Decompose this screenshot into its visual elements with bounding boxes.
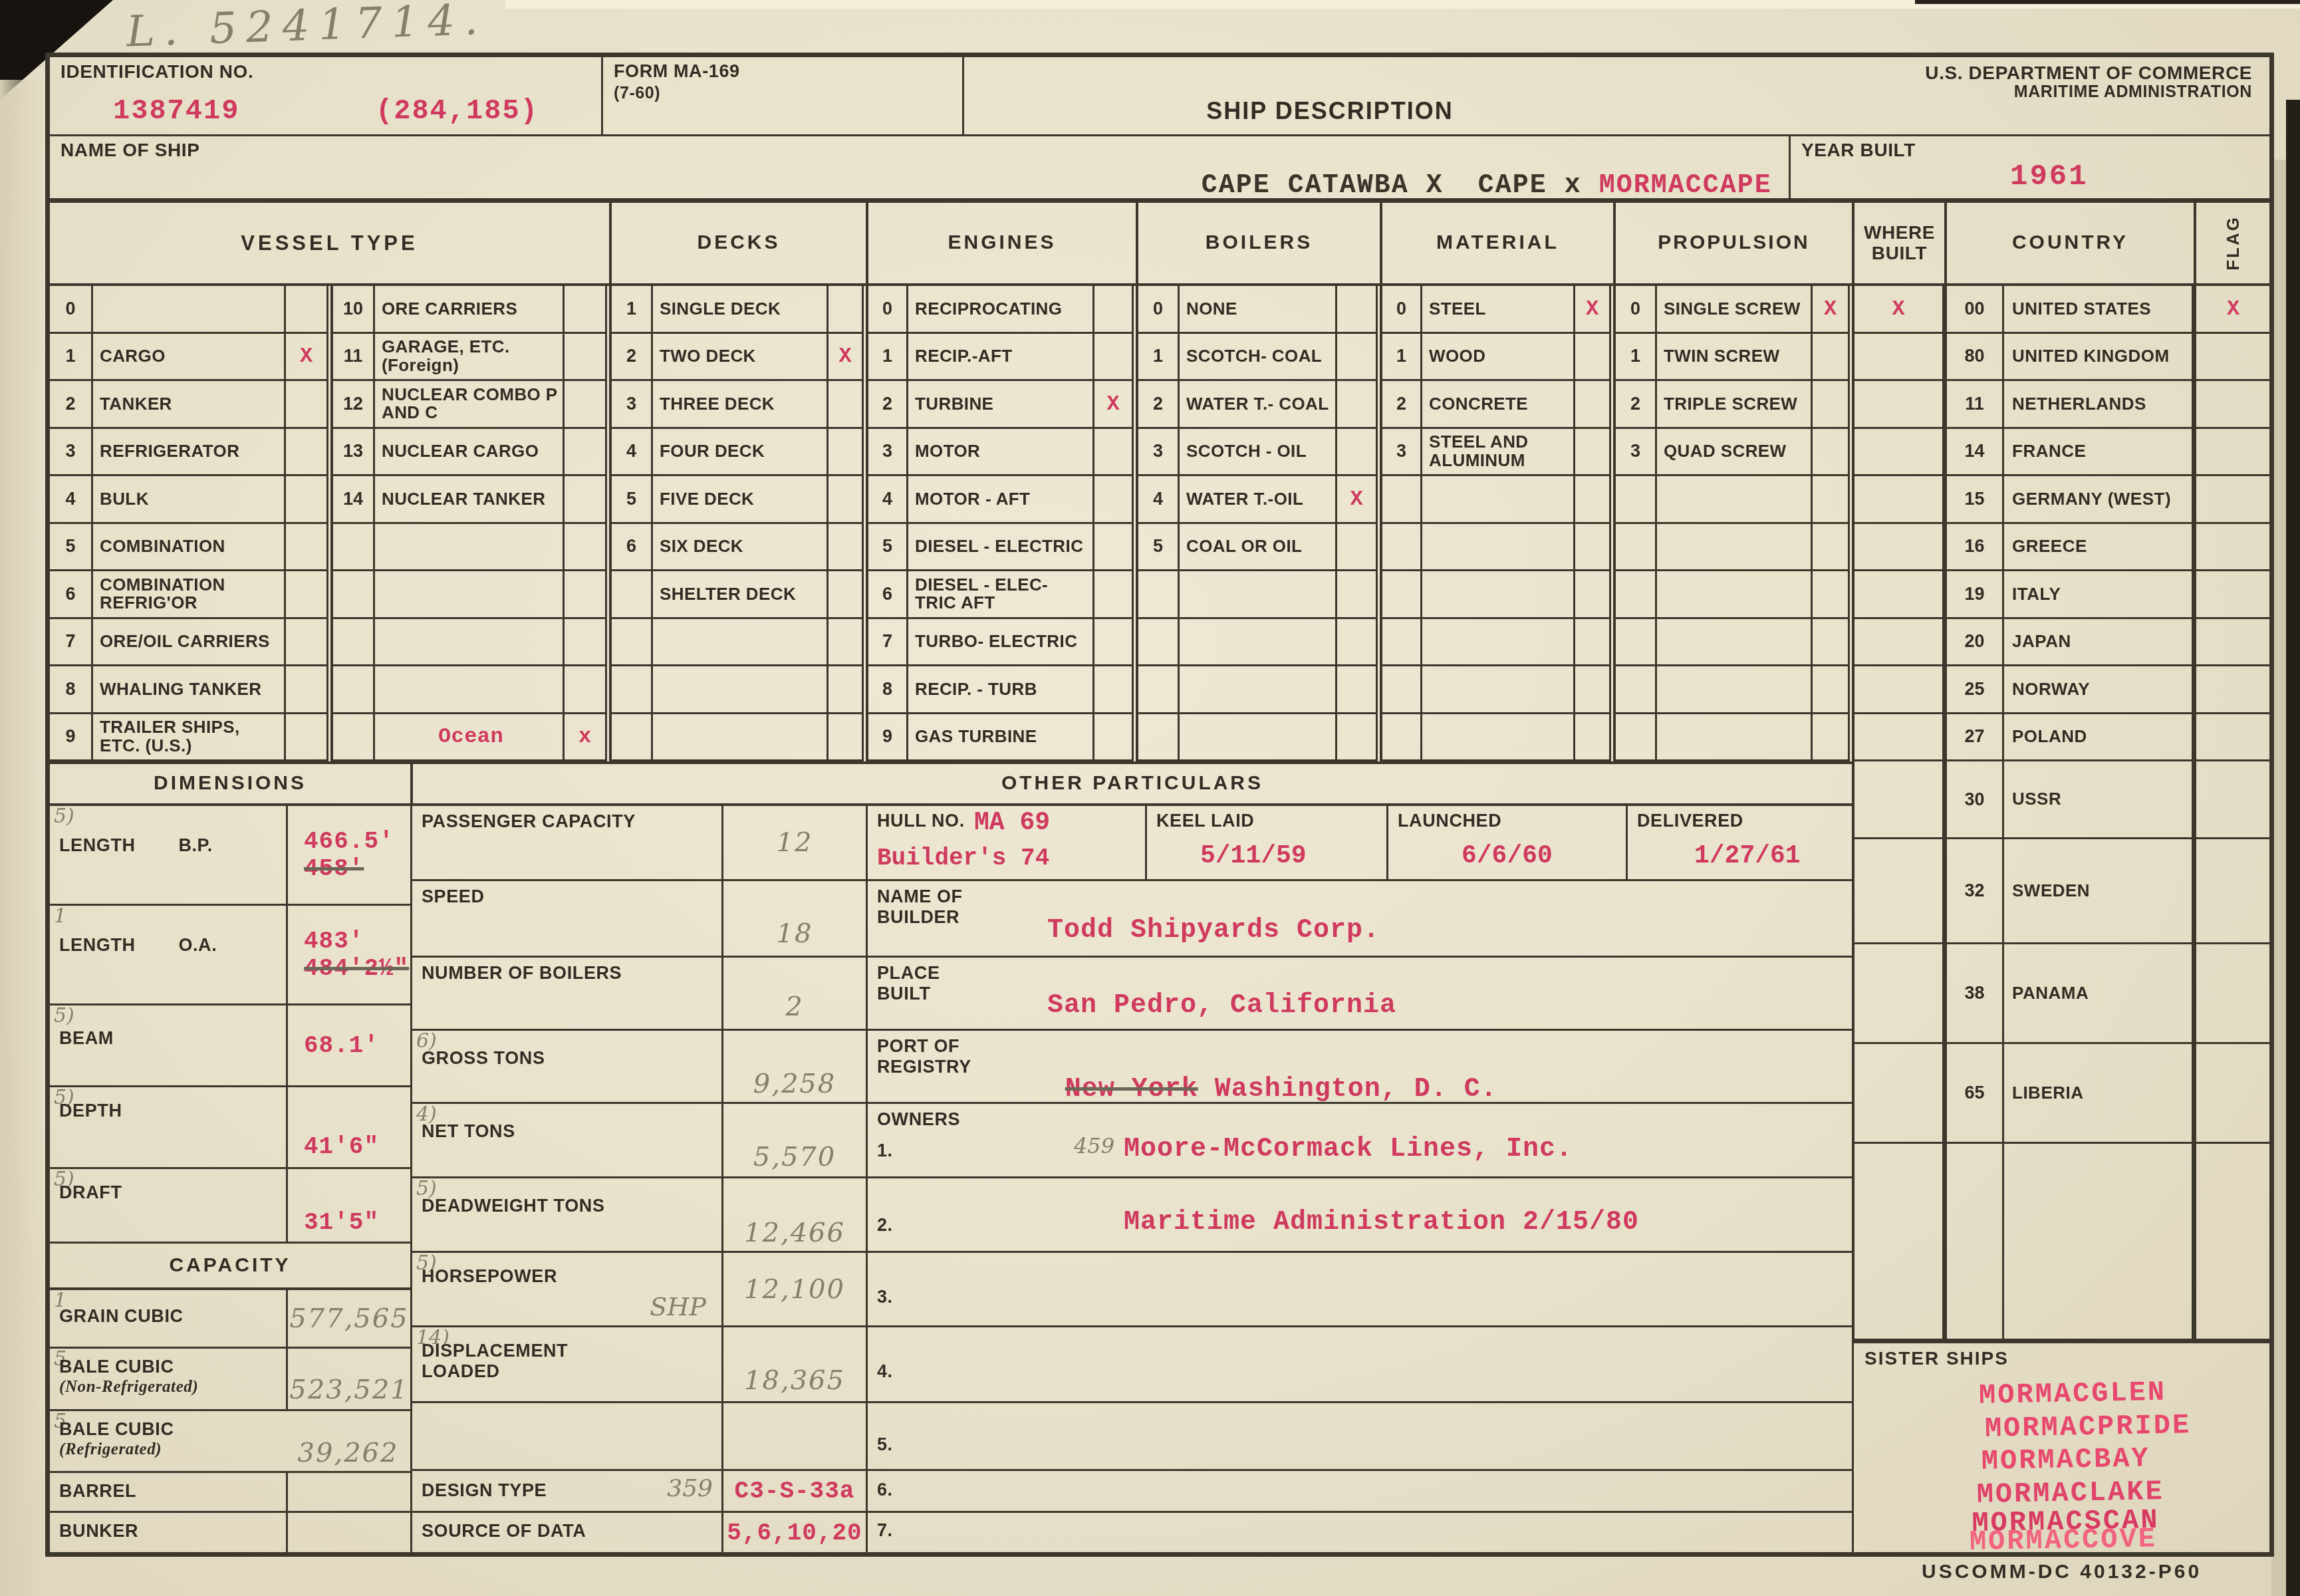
grid-cell [1575,334,1611,382]
grid-cell [1854,619,1944,667]
grid-cell [1422,476,1575,524]
grid-cell [1657,619,1813,667]
bale-r-value: 39,262 [298,1438,399,1468]
dimensions-header: DIMENSIONS [50,761,410,806]
grid-cell [1337,666,1378,714]
grid-cell: X [829,334,864,382]
grid-cell: X [1337,476,1378,524]
grid-cell: GARAGE, ETC. (Foreign) [375,334,565,382]
grid-cell [829,714,864,762]
grid-cell: 20 [1947,619,2004,667]
grid-cell [1657,666,1813,714]
grid-cell [1854,571,1944,619]
grid-cell: 3 [868,429,908,477]
grid-cell [2196,714,2270,762]
scanned-ship-description-card: L. 5241714. IDENTIFICATION NO. 1387419 (… [0,0,2300,1596]
net-tons-value: 5,570 [753,1142,836,1172]
grid-cell: WHALING TANKER [93,666,286,714]
deadweight-tons-label: DEADWEIGHT TONS [422,1196,605,1216]
grid-cell [1382,571,1422,619]
grid-cell [2196,619,2270,667]
grid-cell: 11 [333,334,375,382]
grid-cell: 30 [1947,761,2004,839]
deadweight-tons-value: 12,466 [744,1218,845,1248]
page-title: SHIP DESCRIPTION [1206,97,1453,125]
material-grid: 0STEELX1WOOD2CONCRETE3STEEL AND ALUMINUM [1380,286,1613,761]
passenger-capacity-value: 12 [777,827,813,858]
grid-cell: FRANCE [2004,429,2194,477]
grid-cell [1813,619,1850,667]
grid-cell [1575,666,1611,714]
grid-cell: 3 [612,381,653,429]
grid-cell: REFRIGERATOR [93,429,286,477]
grid-cell: RECIP. - TURB [908,666,1094,714]
grid-cell [1854,524,1944,572]
grid-cell [1337,714,1378,762]
owner-6-number: 6. [877,1480,893,1500]
grid-cell [375,619,565,667]
where-built-header-label: WHERE BUILT [1863,223,1936,263]
grid-cell: 2 [50,381,93,429]
grid-cell: FIVE DECK [653,476,829,524]
capacity-header: CAPACITY [50,1244,410,1290]
grid-cell: ITALY [2004,571,2194,619]
length-bp-label: LENGTH B.P. [59,835,213,856]
scan-left-shade [0,80,47,1596]
grid-cell [1813,666,1850,714]
bale-r-label: BALE CUBIC [59,1419,174,1440]
grid-cell [565,381,607,429]
capacity-row-bale-r: 5 BALE CUBIC (Refrigerated) 39,262 [50,1411,410,1473]
agency-line1: U.S. DEPARTMENT OF COMMERCE [1696,63,2252,83]
grid-cell [1813,334,1850,382]
grid-cell [565,334,607,382]
grid-cell [1337,619,1378,667]
sister-ships-label: SISTER SHIPS [1864,1349,2009,1369]
displacement-loaded-label: DISPLACEMENT LOADED [422,1341,621,1382]
owner-1-pencil-note: 459 [1074,1133,1114,1158]
depth-value: 41'6" [304,1133,379,1160]
grid-cell: MOTOR - AFT [908,476,1094,524]
port-of-registry-value: Washington, D. C. [1198,1075,1497,1105]
middle-row-horsepower: 5) HORSEPOWER SHP 12,100 [410,1253,866,1327]
grid-cell [1422,666,1575,714]
country-header-label: COUNTRY [2012,232,2128,253]
keel-laid-cell: KEEL LAID 5/11/59 [1145,806,1386,881]
identification-box: IDENTIFICATION NO. 1387419 (284,185) [50,57,603,136]
grid-cell [1337,381,1378,429]
grid-cell [829,476,864,524]
year-built-label: YEAR BUILT [1801,140,1916,160]
middle-row-deadweight: 5) DEADWEIGHT TONS 12,466 [410,1178,866,1253]
grid-cell: CARGO [93,334,286,382]
grid-cell: 5 [1138,524,1180,572]
builder-cell: NAME OF BUILDER Todd Shipyards Corp. [866,881,1852,958]
grid-cell: 6 [868,571,908,619]
grid-cell: DIESEL - ELEC- TRIC AFT [908,571,1094,619]
grid-cell [1422,619,1575,667]
grid-cell: TURBO- ELECTRIC [908,619,1094,667]
grid-cell [829,381,864,429]
grid-cell: COMBINATION [93,524,286,572]
grid-cell [1094,666,1134,714]
keel-laid-label: KEEL LAID [1156,811,1254,831]
launched-cell: LAUNCHED 6/6/60 [1386,806,1626,881]
grid-cell [565,571,607,619]
grid-cell: UNITED KINGDOM [2004,334,2194,382]
identification-extra: (284,185) [376,95,539,127]
engines-grid: 0RECIPROCATING1RECIP.-AFT2TURBINEX3MOTOR… [866,286,1136,761]
grid-cell: TURBINE [908,381,1094,429]
grid-cell [1854,1044,1944,1144]
grid-cell [2196,571,2270,619]
grid-cell: WATER T.-OIL [1180,476,1337,524]
other-particulars-header-label: OTHER PARTICULARS [1001,773,1263,794]
owner-5-number: 5. [877,1435,893,1454]
port-of-registry-label: PORT OF REGISTRY [877,1036,971,1077]
grid-cell [286,476,328,524]
grid-cell: MOTOR [908,429,1094,477]
grid-cell: 5 [50,524,93,572]
grid-cell: 12 [333,381,375,429]
grid-cell [2196,944,2270,1044]
grid-cell [1854,334,1944,382]
horsepower-shp-note: SHP [650,1292,706,1321]
grid-cell [1947,1144,2004,1341]
owner-1-number: 1. [877,1141,893,1160]
grid-cell [1854,1144,1944,1341]
grid-cell [1657,476,1813,524]
middle-row-displacement: 14) DISPLACEMENT LOADED 18,365 [410,1327,866,1403]
grid-cell: 3 [1138,429,1180,477]
grid-cell [612,571,653,619]
bunker-label: BUNKER [59,1521,138,1541]
material-header: MATERIAL [1380,201,1613,286]
decks-header: DECKS [609,201,866,286]
length-oa-value-old: 484'2½" [304,955,409,982]
material-header-label: MATERIAL [1436,232,1559,253]
form-number-box: FORM MA-169 (7-60) [603,57,964,136]
flag-header: FLAG [2194,201,2269,286]
grid-cell: 0 [868,286,908,334]
grid-cell: NUCLEAR TANKER [375,476,565,524]
hull-no-value-ma: MA 69 [974,809,1050,837]
middle-row-boilers: NUMBER OF BOILERS 2 [410,958,866,1031]
grid-cell [1422,714,1575,762]
grid-cell [1813,524,1850,572]
grid-cell: 1 [1616,334,1657,382]
flag-grid: X [2194,286,2269,1341]
grid-cell: NORWAY [2004,666,2194,714]
grid-cell: 6 [612,524,653,572]
grid-cell [1180,666,1337,714]
owner-7-cell: 7. [866,1513,1852,1553]
grid-cell: GERMANY (WEST) [2004,476,2194,524]
delivered-value: 1/27/61 [1694,842,1801,870]
pencil-note: 1 [54,904,66,928]
dimensions-header-label: DIMENSIONS [154,773,307,794]
delivered-label: DELIVERED [1637,811,1743,831]
grid-cell [612,619,653,667]
grid-cell: 14 [1947,429,2004,477]
grid-cell: ORE CARRIERS [375,286,565,334]
propulsion-header: PROPULSION [1613,201,1852,286]
grid-cell [2196,761,2270,839]
grid-cell [375,571,565,619]
builder-value: Todd Shipyards Corp. [1047,916,1380,946]
speed-label: SPEED [422,886,485,907]
capacity-row-barrel: BARREL [50,1473,410,1513]
barrel-label: BARREL [59,1481,136,1502]
grid-cell: 3 [50,429,93,477]
grid-cell [1382,666,1422,714]
grid-cell [286,381,328,429]
grid-cell: 00 [1947,286,2004,334]
middle-row-passenger: PASSENGER CAPACITY 12 [410,806,866,881]
grid-cell: 1 [1138,334,1180,382]
grid-cell: 7 [868,619,908,667]
grid-cell [829,619,864,667]
horsepower-label: HORSEPOWER [422,1266,557,1287]
name-of-ship-cell: NAME OF SHIP CAPE CATAWBA X CAPE x MORMA… [50,136,1789,201]
footer-print-code: USCOMM-DC 40132-P60 [1922,1561,2202,1583]
grid-cell [1813,429,1850,477]
grid-cell [1094,571,1134,619]
name-of-ship-label: NAME OF SHIP [61,140,199,160]
bale-nr-value: 523,521 [289,1375,408,1405]
grid-cell: SIX DECK [653,524,829,572]
grid-cell: JAPAN [2004,619,2194,667]
port-of-registry-struck: New York [1065,1075,1198,1105]
grid-cell: TRIPLE SCREW [1657,381,1813,429]
grid-cell [286,666,328,714]
grid-cell [1422,524,1575,572]
delivered-cell: DELIVERED 1/27/61 [1626,806,1852,881]
grid-cell [1657,571,1813,619]
grid-cell: STEEL [1422,286,1575,334]
grid-cell: SCOTCH - OIL [1180,429,1337,477]
grid-cell [612,666,653,714]
grid-cell: 1 [50,334,93,382]
agency-cell: U.S. DEPARTMENT OF COMMERCE MARITIME ADM… [1696,57,2271,136]
grid-cell [1813,571,1850,619]
other-particulars-header: OTHER PARTICULARS [410,761,1852,806]
identification-label: IDENTIFICATION NO. [61,62,253,82]
grid-cell [1657,714,1813,762]
grid-cell [2196,1144,2270,1341]
owner-2-cell: 2. Maritime Administration 2/15/80 [866,1178,1852,1253]
middle-row-source: SOURCE OF DATA 5,6,10,20 [410,1513,866,1553]
grid-cell: 10 [333,286,375,334]
grain-cubic-value: 577,565 [289,1303,408,1334]
grid-cell [653,714,829,762]
grid-cell [829,524,864,572]
flag-header-label: FLAG [2224,215,2242,271]
owner-4-cell: 4. [866,1327,1852,1403]
grid-cell: DIESEL - ELECTRIC [908,524,1094,572]
grid-cell: RECIP.-AFT [908,334,1094,382]
grid-cell: RECIPROCATING [908,286,1094,334]
grid-cell [1094,619,1134,667]
grid-cell: 13 [333,429,375,477]
grid-cell: BULK [93,476,286,524]
grid-cell [1854,381,1944,429]
grid-cell [1094,286,1134,334]
grid-cell: SCOTCH- COAL [1180,334,1337,382]
grid-cell: 80 [1947,334,2004,382]
grid-cell: NUCLEAR CARGO [375,429,565,477]
form-number: FORM MA-169 [614,62,740,81]
grid-cell: SINGLE SCREW [1657,286,1813,334]
displacement-loaded-value: 18,365 [744,1365,845,1396]
grid-cell: 0 [50,286,93,334]
dimension-row-draft: 5) DRAFT 31'5" [50,1169,410,1244]
grid-cell: QUAD SCREW [1657,429,1813,477]
port-of-registry-cell: PORT OF REGISTRY New York Washington, D.… [866,1031,1852,1104]
grid-cell: 15 [1947,476,2004,524]
grid-cell: 6 [50,571,93,619]
grid-cell [286,714,328,762]
draft-label: DRAFT [59,1182,122,1203]
grid-cell [1854,666,1944,714]
grid-cell: 2 [1138,381,1180,429]
dimension-row-beam: 5) BEAM 68.1' [50,1005,410,1087]
grid-cell [1094,524,1134,572]
owner-1-value: Moore-McCormack Lines, Inc. [1124,1134,1573,1164]
grid-cell [1094,476,1134,524]
grid-cell: 0 [1138,286,1180,334]
grid-cell [333,571,375,619]
grid-cell [2196,1044,2270,1144]
grid-cell [1616,666,1657,714]
grid-cell: ORE/OIL CARRIERS [93,619,286,667]
grid-cell [1094,334,1134,382]
bale-nr-sublabel: (Non-Refrigerated) [59,1378,198,1397]
grid-cell: 4 [868,476,908,524]
grid-cell: WOOD [1422,334,1575,382]
grid-cell [1382,524,1422,572]
grid-cell: Ocean [375,714,565,762]
where-built-header: WHERE BUILT [1852,201,1944,286]
grid-cell: X [1813,286,1850,334]
engines-header-label: ENGINES [948,232,1056,253]
grid-cell [1094,429,1134,477]
grid-cell [1813,381,1850,429]
grid-cell: COMBINATION REFRIG'OR [93,571,286,619]
grid-cell: 0 [1616,286,1657,334]
dimension-row-depth: 5) DEPTH 41'6" [50,1087,410,1169]
grid-cell: 4 [50,476,93,524]
grid-cell [2196,334,2270,382]
grid-cell [565,619,607,667]
agency-line2: MARITIME ADMINISTRATION [1696,83,2252,101]
title-cell: SHIP DESCRIPTION [964,57,1696,136]
ship-name-former: CAPE CATAWBA X CAPE x [1202,171,1599,201]
scan-right-edge [2286,100,2300,1596]
grid-cell [1382,714,1422,762]
grid-cell [1854,429,1944,477]
length-bp-value-old: 458' [304,855,364,882]
keel-laid-value: 5/11/59 [1200,842,1307,870]
boilers-header-label: BOILERS [1206,232,1313,253]
grid-cell [333,524,375,572]
grid-cell: 2 [1382,381,1422,429]
middle-row-speed: SPEED 18 [410,881,866,958]
vessel-type-right-grid: 10ORE CARRIERS11GARAGE, ETC. (Foreign)12… [330,286,609,761]
grid-cell [333,619,375,667]
number-of-boilers-value: 2 [785,992,803,1022]
grid-cell [1854,944,1944,1044]
country-grid: 00UNITED STATES80UNITED KINGDOM11NETHERL… [1944,286,2194,1341]
grid-cell: 25 [1947,666,2004,714]
year-built-cell: YEAR BUILT 1961 [1789,136,2271,201]
grid-cell [653,666,829,714]
grid-cell [2004,1144,2194,1341]
grid-cell: STEEL AND ALUMINUM [1422,429,1575,477]
grid-cell: 16 [1947,524,2004,572]
grid-cell: 4 [1138,476,1180,524]
grid-cell [2196,666,2270,714]
number-of-boilers-label: NUMBER OF BOILERS [422,963,622,984]
passenger-capacity-label: PASSENGER CAPACITY [422,811,674,832]
owner-7-number: 7. [877,1521,893,1540]
grid-cell: X [286,334,328,382]
grid-cell [1616,619,1657,667]
grid-cell [286,619,328,667]
grid-cell: NETHERLANDS [2004,381,2194,429]
vessel-type-left-grid: 01CARGOX2TANKER3REFRIGERATOR4BULK5COMBIN… [50,286,330,761]
ship-name-current: MORMACCAPE [1599,171,1772,201]
grid-cell [375,524,565,572]
grid-cell: X [1854,286,1944,334]
middle-row-design-type: DESIGN TYPE 359 C3-S-33a [410,1471,866,1513]
sister-ship-name: MORMACBAY [1981,1442,2192,1478]
grid-cell: 5 [868,524,908,572]
owner-2-value: Maritime Administration 2/15/80 [1124,1208,1639,1238]
grid-cell: FOUR DECK [653,429,829,477]
sister-ship-name: MORMACPRIDE [1985,1409,2192,1446]
grid-cell: NONE [1180,286,1337,334]
grid-cell [1854,839,1944,944]
grid-cell: LIBERIA [2004,1044,2194,1144]
horsepower-value: 12,100 [744,1274,845,1305]
grid-cell [93,286,286,334]
length-oa-label: LENGTH O.A. [59,935,217,956]
launched-label: LAUNCHED [1398,811,1501,831]
capacity-row-bale-nr: 5 BALE CUBIC (Non-Refrigerated) 523,521 [50,1349,410,1411]
grid-cell [2196,524,2270,572]
grid-cell: WATER T.- COAL [1180,381,1337,429]
owner-6-cell: 6. [866,1471,1852,1513]
grid-cell: TWIN SCREW [1657,334,1813,382]
net-tons-label: NET TONS [422,1121,515,1142]
grid-cell [1575,714,1611,762]
grid-cell: 3 [1616,429,1657,477]
grid-cell: THREE DECK [653,381,829,429]
pencil-note: 5) [54,805,74,828]
grid-cell [286,524,328,572]
sister-ships-cell: SISTER SHIPS MORMACGLEN MORMACPRIDE MORM… [1852,1341,2271,1553]
grid-cell [333,714,375,762]
gross-tons-value: 9,258 [753,1069,836,1099]
decks-header-label: DECKS [697,232,780,253]
grid-cell [1337,334,1378,382]
bale-r-sublabel: (Refrigerated) [59,1440,162,1460]
grid-cell: TANKER [93,381,286,429]
place-built-label: PLACE BUILT [877,963,940,1004]
grid-cell [2196,381,2270,429]
grid-cell [1337,286,1378,334]
